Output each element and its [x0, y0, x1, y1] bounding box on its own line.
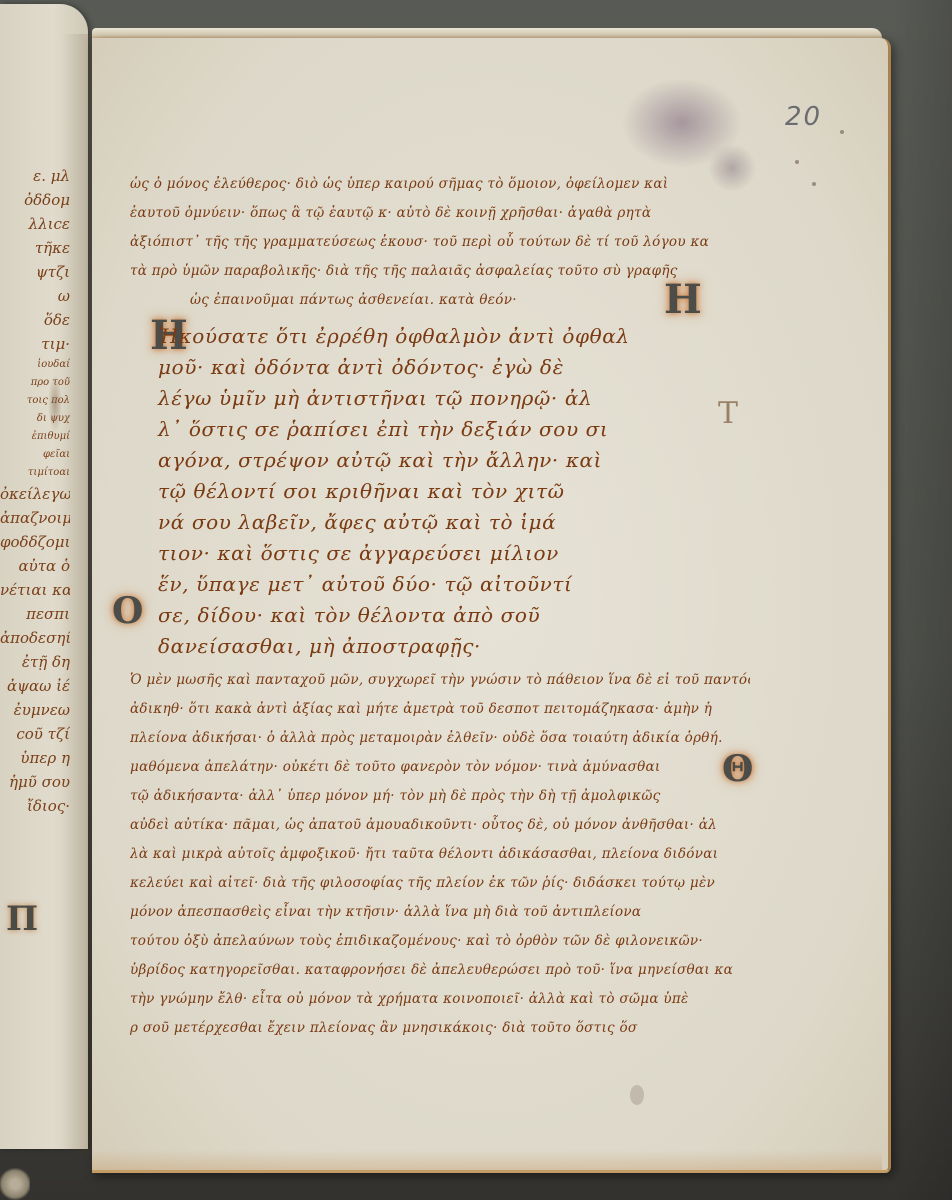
foxing-spot — [795, 160, 799, 164]
verso-page-edge: ε. μλὀδδομλλιcετῆκεψτζιωὅδετιμ·ἰουδαίπρο… — [0, 4, 88, 1149]
background-shadow — [892, 0, 952, 1200]
commentary-line: κελεύει καὶ αἰτεῖ· διὰ τῆς φιλοσοφίας τῆ… — [130, 869, 750, 898]
verso-line: ε. μλ — [0, 164, 70, 188]
verso-line: ἡμῦ σου — [0, 770, 70, 794]
verso-line: ψτζι — [0, 260, 70, 284]
verso-line: ἐτῇ δη — [0, 650, 70, 674]
verso-line: ὀκείλεγω — [0, 482, 70, 506]
preamble-line: ἀξιόπιστ᾽ τῆς τῆς γραμματεύσεως ἐκουσ· τ… — [130, 228, 750, 257]
verso-line: τιμ· — [0, 332, 70, 356]
foxing-spot — [812, 182, 816, 186]
verso-line: ἀπαζνοιμί — [0, 506, 70, 530]
commentary-line: αὐδεὶ αὐτίκα· πᾶμαι, ὡς ἀπατοῦ ἀμουαδικο… — [130, 811, 750, 840]
page-bottom-edge — [92, 1150, 882, 1170]
commentary-line: τῷ ἀδικήσαντα· ἀλλ᾽ ὑπερ μόνον μή· τὸν μ… — [130, 782, 750, 811]
commentary-line: τούτου ὀξὺ ἀπελαύνων τοὺς ἐπιδικαζομένου… — [130, 927, 750, 956]
commentary-line: πλείονα ἀδικήσαι· ὁ ἀλλὰ πρὸς μεταμοιρὰν… — [130, 724, 750, 753]
preamble-line: τὰ πρὸ ὑμῶν παραβολικῆς· διὰ τῆς τῆς παλ… — [130, 257, 750, 286]
preamble-line: ὡς ὁ μόνος ἐλεύθερος· διὸ ὡς ὑπερ καιρού… — [130, 170, 750, 199]
verso-line: νέτιαι καὶ — [0, 578, 70, 602]
lemma-line: δανείσασθαι, μὴ ἀποστραφῇς· — [130, 631, 750, 662]
lemma-line: Ἠκούσατε ὅτι ἐρρέθη ὀφθαλμὸν ἀντὶ ὀφθαλ — [130, 321, 750, 352]
commentary-line: ρ σοῦ μετέρχεσθαι ἔχειν πλείονας ἂν μνησ… — [130, 1014, 750, 1043]
verso-line: τιμίτοαι — [0, 464, 70, 482]
verso-line: ἐυμνεω — [0, 698, 70, 722]
lemma-line: σε, δίδου· καὶ τὸν θέλοντα ἀπὸ σοῦ — [130, 600, 750, 631]
lemma-line: ἕν, ὕπαγε μετ᾽ αὐτοῦ δύο· τῷ αἰτοῦντί — [130, 569, 750, 600]
commentary-line: ὑβρίδος κατηγορεῖσθαι. καταφρονήσει δὲ ἀ… — [130, 956, 750, 985]
verso-line: ὑπερ η — [0, 746, 70, 770]
verso-stain — [48, 374, 62, 434]
verso-line: ω — [0, 284, 70, 308]
lemma-line: αγόνα, στρέψον αὐτῷ καὶ τὴν ἄλλην· καὶ — [130, 445, 750, 476]
verso-line: ἀψαω ἰέ — [0, 674, 70, 698]
verso-line: ἴδιος· — [0, 794, 70, 818]
verso-line: πεσπι — [0, 602, 70, 626]
lemma-line: νά σου λαβεῖν, ἄφες αὐτῷ καὶ τὸ ἱμά — [130, 507, 750, 538]
verso-line: ὀδδομ — [0, 188, 70, 212]
commentary-line: ἀδικηθ· ὅτι κακὰ ἀντὶ ἀξίας καὶ μήτε ἀμε… — [130, 695, 750, 724]
folio-number: 20 — [785, 102, 822, 132]
commentary-line: μόνον ἀπεσπασθεὶς εἶναι τὴν κτῆσιν· ἀλλὰ… — [130, 898, 750, 927]
verso-line: τῆκε — [0, 236, 70, 260]
commentary-line: τὴν γνώμην ἔλθ· εἶτα οὐ μόνον τὰ χρήματα… — [130, 985, 750, 1014]
stain — [630, 1085, 644, 1105]
verso-line: ἀποδεσηί — [0, 626, 70, 650]
preamble-section: ὡς ὁ μόνος ἐλεύθερος· διὸ ὡς ὑπερ καιρού… — [130, 170, 750, 315]
verso-line: cοῦ τζί — [0, 722, 70, 746]
verso-text-fragment: ε. μλὀδδομλλιcετῆκεψτζιωὅδετιμ·ἰουδαίπρο… — [0, 164, 70, 818]
verso-line: ὅδε — [0, 308, 70, 332]
verso-line: φοδδζομι — [0, 530, 70, 554]
lemma-line: λέγω ὑμῖν μὴ ἀντιστῆναι τῷ πονηρῷ· ἀλ — [130, 383, 750, 414]
verso-line: φεῖαι — [0, 446, 70, 464]
commentary-line: μαθόμενα ἀπελάτην· οὐκέτι δὲ τοῦτο φανερ… — [130, 753, 750, 782]
lemma-line: τῷ θέλοντί σοι κριθῆναι καὶ τὸν χιτῶ — [130, 476, 750, 507]
verso-line: αὐτα ὁ — [0, 554, 70, 578]
lemma-line: λ᾽ ὅστις σε ῥαπίσει ἐπὶ τὴν δεξιάν σου σ… — [130, 414, 750, 445]
verso-line: λλιcε — [0, 212, 70, 236]
binding-thread — [0, 1168, 30, 1200]
commentary-line: Ὁ μὲν μωσῆς καὶ πανταχοῦ μῶν, συγχωρεῖ τ… — [130, 666, 750, 695]
preamble-line: ἑαυτοῦ ὁμνύειν· ὅπως ἃ τῷ ἑαυτῷ κ· αὐτὸ … — [130, 199, 750, 228]
section-title: ὡς ἐπαινοῦμαι πάντως ἀσθενείαι. κατὰ θεό… — [130, 286, 750, 315]
main-text-block: ὡς ὁ μόνος ἐλεύθερος· διὸ ὡς ὑπερ καιρού… — [130, 170, 750, 1043]
commentary-section: Ὁ μὲν μωσῆς καὶ πανταχοῦ μῶν, συγχωρεῖ τ… — [130, 666, 750, 1043]
lemma-line: τιον· καὶ ὅστις σε ἀγγαρεύσει μίλιον — [130, 538, 750, 569]
verso-line: ἰουδαί — [0, 356, 70, 374]
commentary-line: λὰ καὶ μικρὰ αὐτοῖς ἀμφοξικοῦ· ἤτι ταῦτα… — [130, 840, 750, 869]
lemma-section: Ἠκούσατε ὅτι ἐρρέθη ὀφθαλμὸν ἀντὶ ὀφθαλ … — [130, 321, 750, 662]
verso-initial-pi: Π — [6, 899, 30, 939]
foxing-spot — [840, 130, 844, 134]
lemma-line: μοῦ· καὶ ὀδόντα ἀντὶ ὀδόντος· ἐγὼ δὲ — [130, 352, 750, 383]
